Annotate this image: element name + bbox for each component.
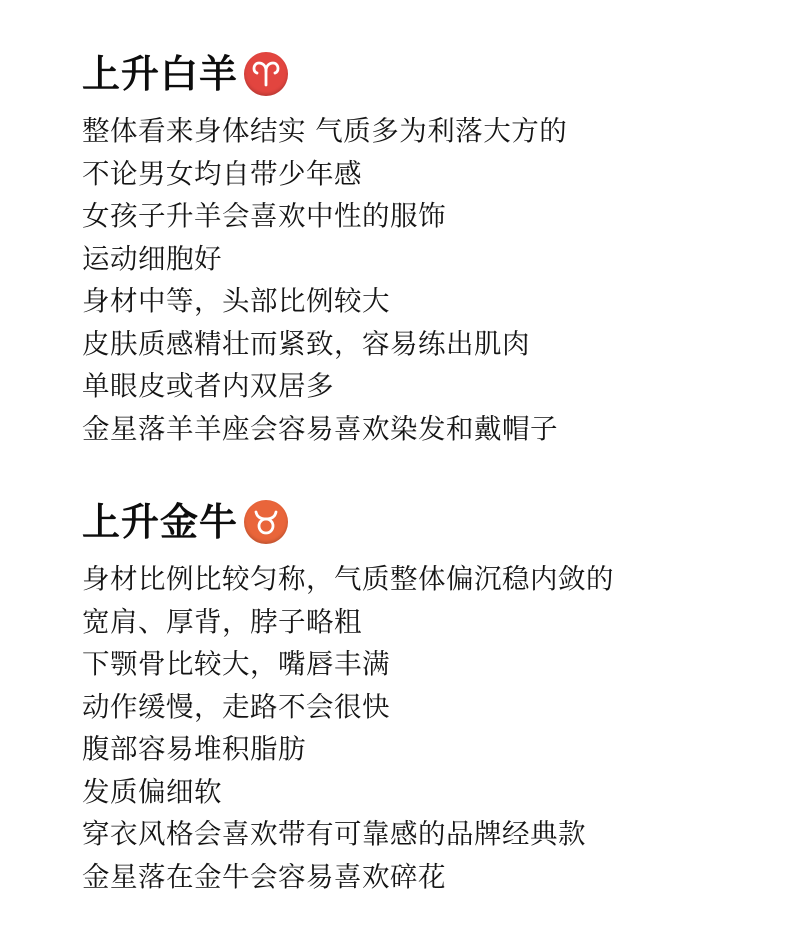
list-item: 不论男女均自带少年感	[82, 153, 567, 196]
trait-list: 整体看来身体结实 气质多为利落大方的 不论男女均自带少年感 女孩子升羊会喜欢中性…	[82, 110, 567, 450]
section-title: 上升白羊	[82, 52, 238, 96]
list-item: 皮肤质感精壮而紧致，容易练出肌肉	[82, 323, 567, 366]
list-item: 金星落在金牛会容易喜欢碎花	[82, 856, 614, 899]
list-item: 发质偏细软	[82, 771, 614, 814]
list-item: 整体看来身体结实 气质多为利落大方的	[82, 110, 567, 153]
list-item: 身材比例比较匀称，气质整体偏沉稳内敛的	[82, 558, 614, 601]
section-rising-aries: 上升白羊 整体看来身体结实 气质多为利落大方的 不论男女均自带少年感 女孩子升羊…	[82, 52, 567, 450]
list-item: 运动细胞好	[82, 238, 567, 281]
section-rising-taurus: 上升金牛 身材比例比较匀称，气质整体偏沉稳内敛的 宽肩、厚背，脖子略粗 下颚骨比…	[82, 500, 614, 898]
aries-icon	[244, 52, 288, 96]
list-item: 身材中等，头部比例较大	[82, 280, 567, 323]
list-item: 穿衣风格会喜欢带有可靠感的品牌经典款	[82, 813, 614, 856]
list-item: 下颚骨比较大，嘴唇丰满	[82, 643, 614, 686]
list-item: 金星落羊羊座会容易喜欢染发和戴帽子	[82, 408, 567, 451]
list-item: 单眼皮或者内双居多	[82, 365, 567, 408]
list-item: 女孩子升羊会喜欢中性的服饰	[82, 195, 567, 238]
list-item: 宽肩、厚背，脖子略粗	[82, 601, 614, 644]
section-title: 上升金牛	[82, 500, 238, 544]
trait-list: 身材比例比较匀称，气质整体偏沉稳内敛的 宽肩、厚背，脖子略粗 下颚骨比较大，嘴唇…	[82, 558, 614, 898]
section-heading: 上升金牛	[82, 500, 614, 544]
taurus-icon	[244, 500, 288, 544]
section-heading: 上升白羊	[82, 52, 567, 96]
list-item: 腹部容易堆积脂肪	[82, 728, 614, 771]
list-item: 动作缓慢，走路不会很快	[82, 686, 614, 729]
